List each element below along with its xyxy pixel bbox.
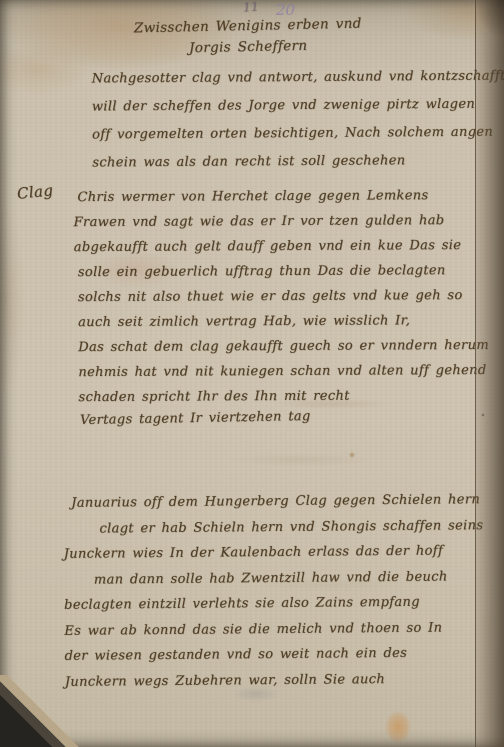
manuscript-line: nehmis hat vnd nit kuniegen schan vnd al… (78, 358, 489, 385)
manuscript-line: Das schat dem clag gekaufft guech so er … (78, 333, 489, 360)
manuscript-line: Januarius off dem Hungerberg Clag gegen … (63, 487, 483, 516)
manuscript-line: Junckern wegs Zubehren war, solln Sie au… (65, 666, 485, 695)
manuscript-line: solchs nit also thuet wie er das gelts v… (78, 283, 489, 310)
intro-paragraph: Nachgesotter clag vnd antwort, auskund v… (92, 63, 504, 178)
manuscript-line: beclagten eintzill verlehts sie also Zai… (64, 589, 484, 618)
manuscript-line: man dann solle hab Zwentzill haw vnd die… (64, 564, 484, 593)
margin-label-clag: Clag (16, 181, 54, 203)
manuscript-line: der wiesen gestanden vnd so weit nach ei… (64, 640, 484, 669)
manuscript-line: abgekaufft auch gelt dauff geben vnd ein… (78, 233, 489, 260)
manuscript-line: Junckern wies In der Kaulenbach erlass d… (64, 538, 484, 567)
manuscript-line: clagt er hab Schieln hern vnd Shongis sc… (63, 513, 483, 542)
first-case-paragraph: Chris wermer von Herchet clage gegen Lem… (77, 183, 489, 410)
folio-pencil-mark: 11 (243, 0, 260, 15)
manuscript-line: Nachgesotter clag vnd antwort, auskund v… (92, 63, 504, 94)
turned-corner (0, 675, 92, 747)
manuscript-line: off vorgemelten orten besichtigen, Nach … (92, 119, 504, 150)
manuscript-line: Chris wermer von Herchet clage gegen Lem… (77, 183, 488, 210)
page-fold-edge (475, 0, 504, 747)
heading-line: Jorgis Scheffern (118, 34, 378, 60)
manuscript-line: will der scheffen des Jorge vnd zwenige … (92, 91, 504, 122)
manuscript-line: auch seit zimlich vertrag Hab, wie wissl… (78, 308, 489, 335)
adjournment-note: Vertags tagent Ir viertzehen tag (80, 409, 311, 428)
manuscript-line: Es war ab konnd das sie die melich vnd t… (64, 615, 484, 644)
manuscript-line: schaden spricht Ihr des Ihn mit recht (78, 383, 489, 410)
manuscript-line: solle ein gebuerlich ufftrag thun Das di… (78, 258, 489, 285)
case-heading: Zwisschen Wenigins erben vnd Jorgis Sche… (118, 13, 379, 60)
manuscript-line: schein was als dan recht ist soll gesche… (92, 147, 504, 178)
manuscript-page: 11 20 Zwisschen Wenigins erben vnd Jorgi… (0, 0, 504, 747)
manuscript-line: Frawen vnd sagt wie das er Ir vor tzen g… (78, 208, 489, 235)
second-case-paragraph: Januarius off dem Hungerberg Clag gegen … (63, 487, 485, 695)
